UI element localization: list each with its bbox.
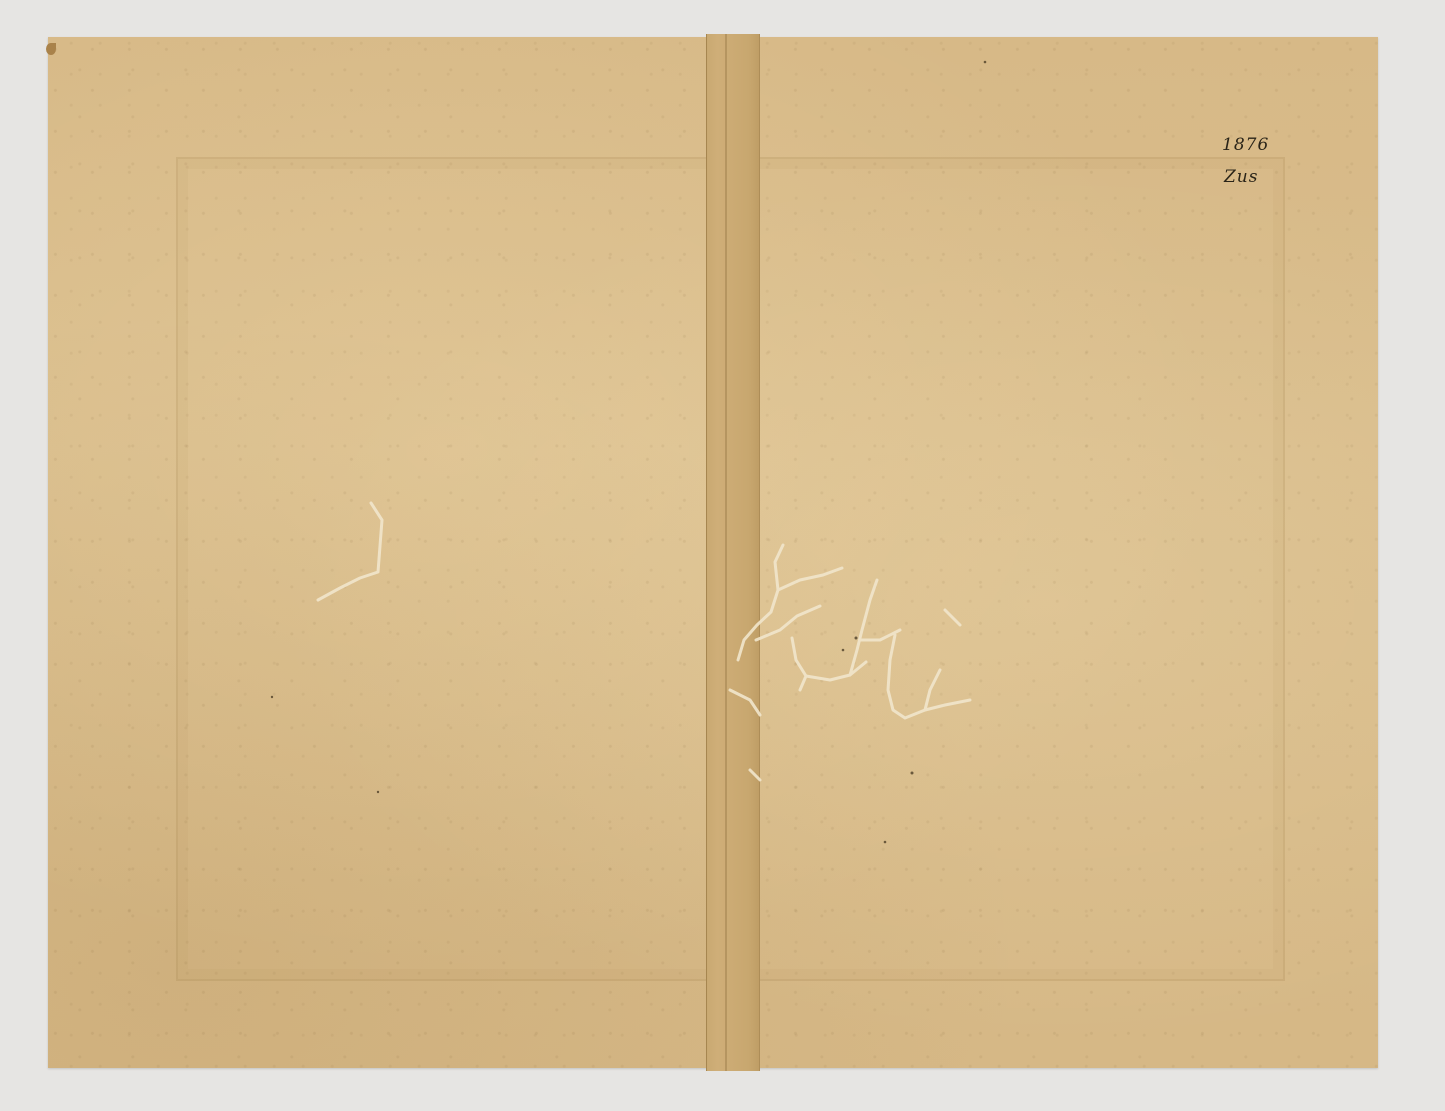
plate-mark-left [176,157,730,981]
map-sheet-verso: 1876 Zus [48,37,1378,1068]
handwritten-year: 1876 [1222,135,1269,155]
center-fold-guard-strip [706,34,760,1071]
torn-corner [46,43,56,55]
handwritten-code: Zus [1224,167,1259,187]
plate-mark-right [728,157,1285,981]
